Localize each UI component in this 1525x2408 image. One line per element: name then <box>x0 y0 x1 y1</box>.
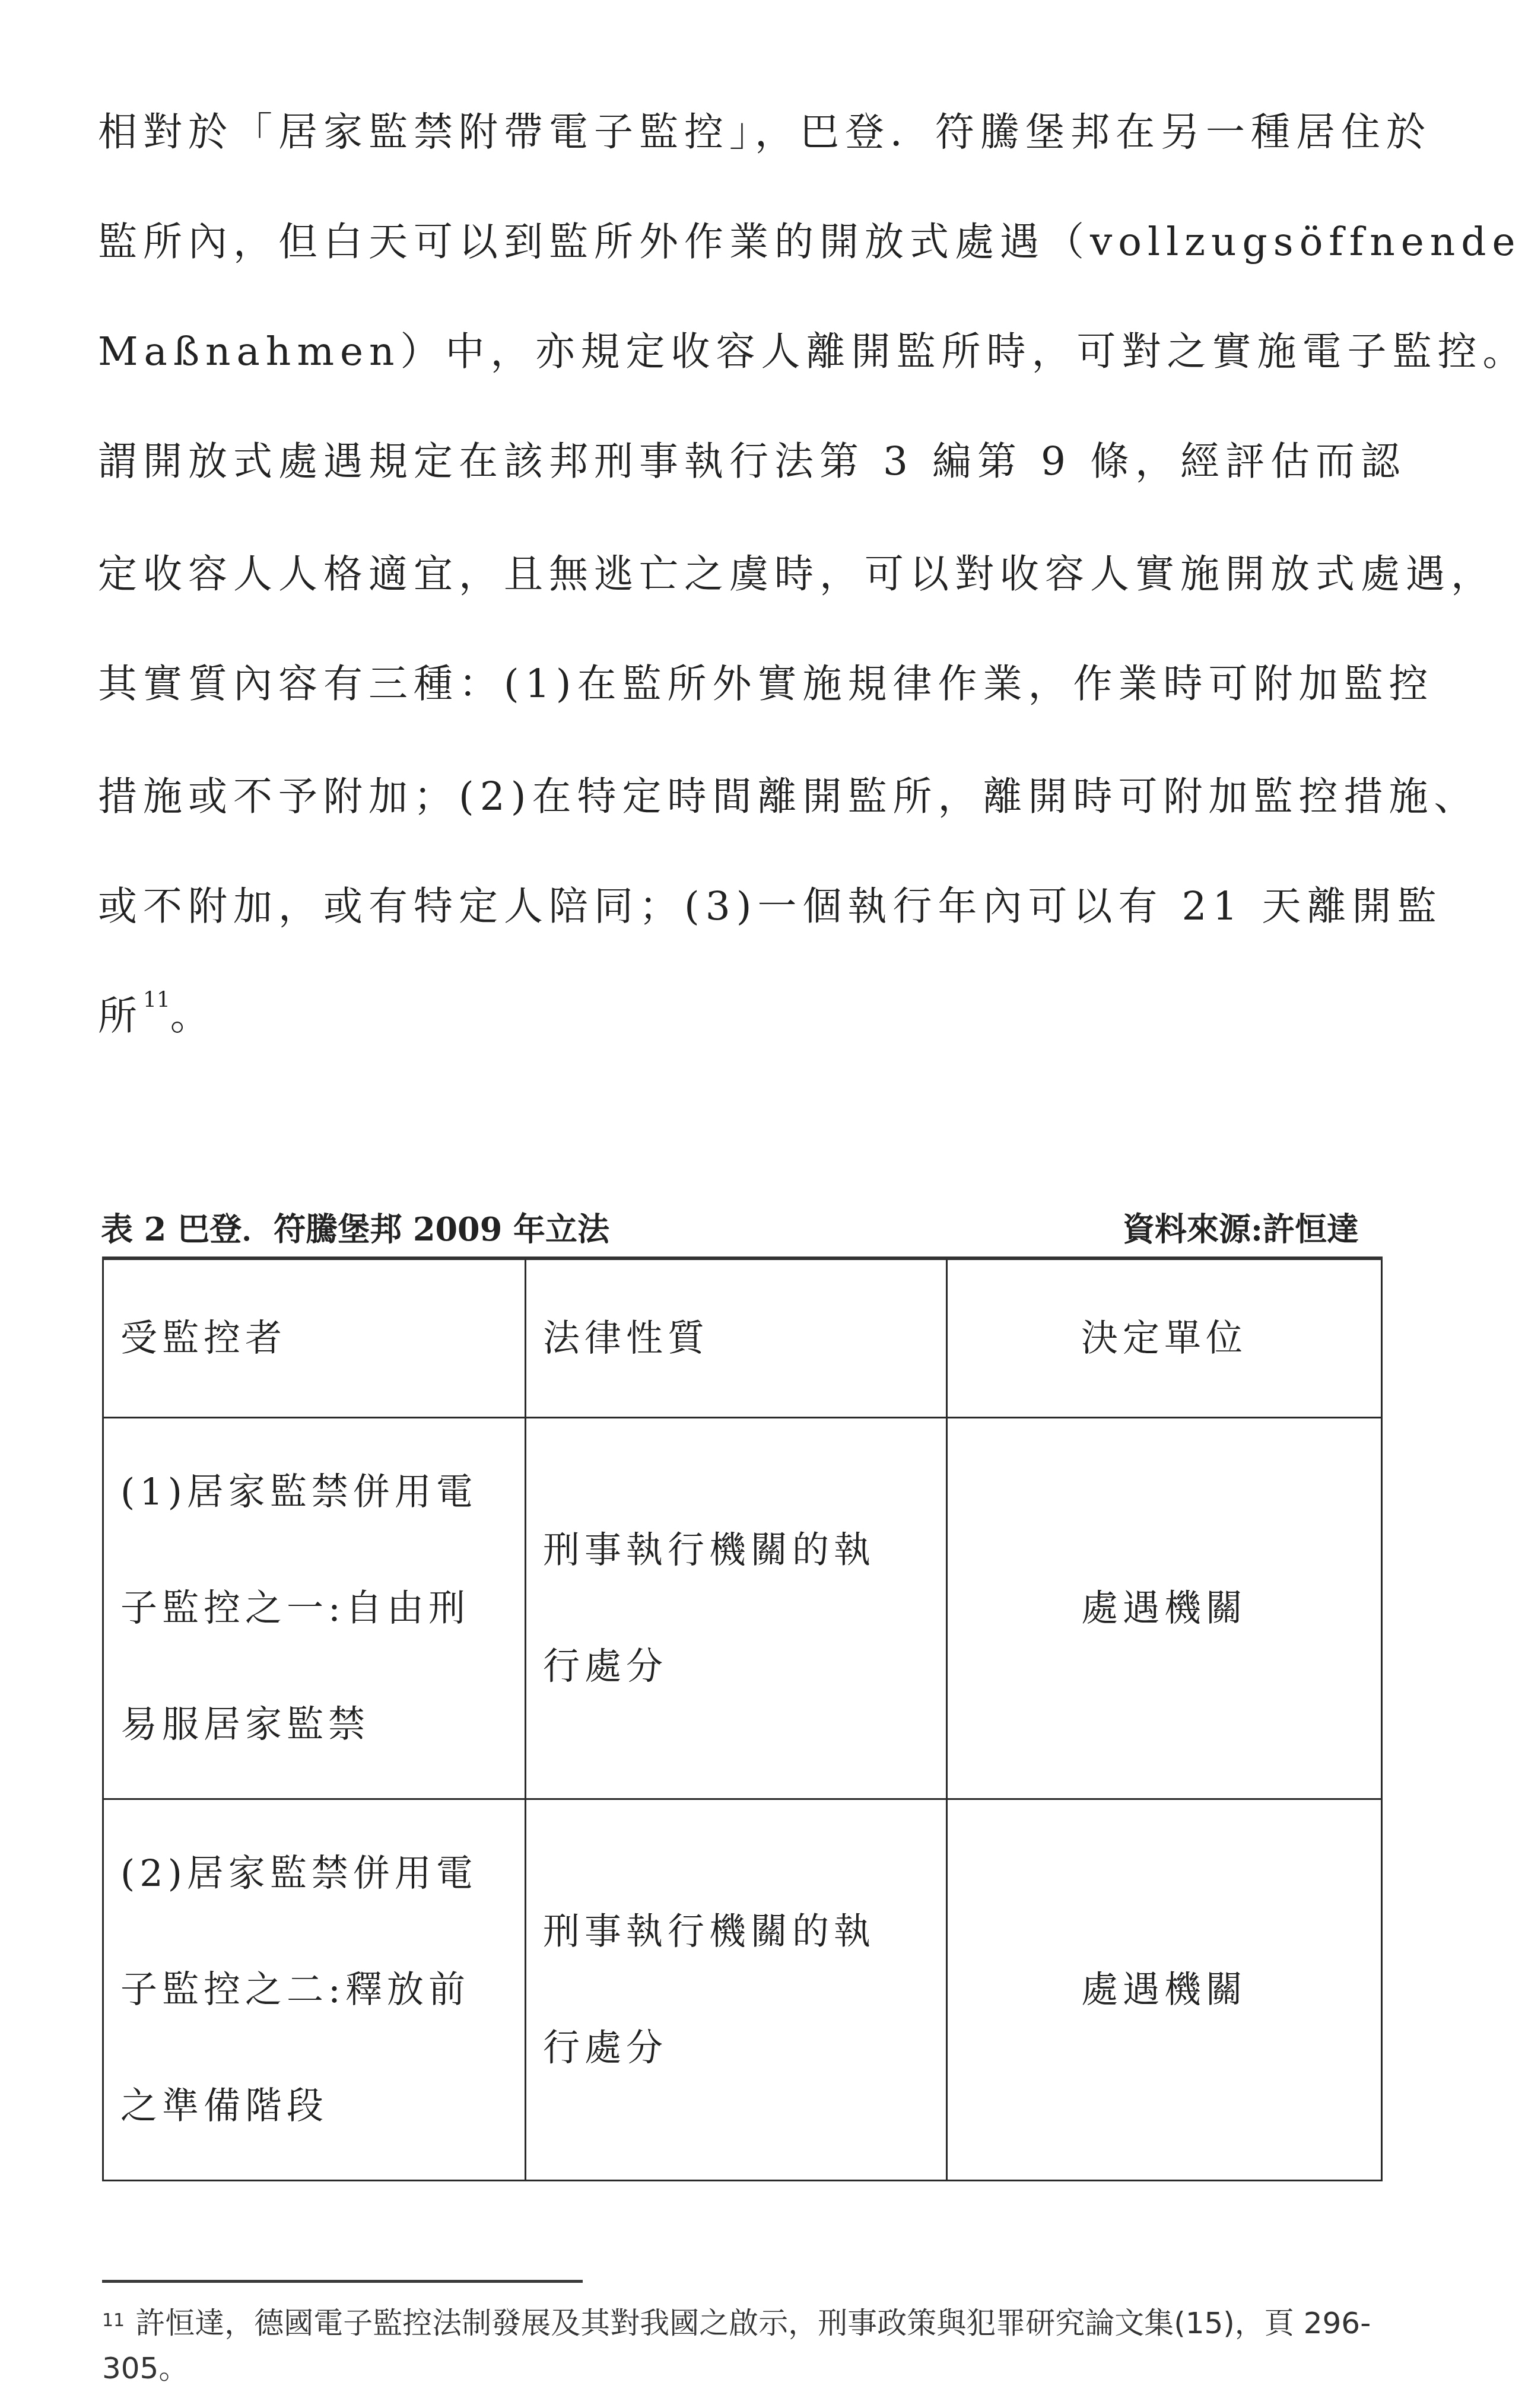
body-line: 相對於「居家監禁附帶電子監控」，巴登．符騰堡邦在另一種居住於 <box>98 113 1431 152</box>
table-header-row: 受監控者 法律性質 決定單位 <box>103 1258 1382 1418</box>
footnote-number: 11 <box>102 2310 125 2331</box>
footnote-reference[interactable]: 11 <box>143 988 170 1012</box>
body-line: 或不附加，或有特定人陪同；(3)一個執行年內可以有 21 天離開監 <box>98 887 1442 926</box>
footnote: 11許恒達，德國電子監控法制發展及其對我國之啟示，刑事政策與犯罪研究論文集(15… <box>102 2301 1437 2391</box>
cell-nature: 刑事執行機關的執 行處分 <box>526 1418 947 1799</box>
header-nature: 法律性質 <box>526 1258 947 1418</box>
table-caption-row: 表 2 巴登．符騰堡邦 2009 年立法 資料來源:許恒達 <box>101 1204 1359 1250</box>
cell-line: 行處分 <box>543 1608 929 1725</box>
table-caption: 表 2 巴登．符騰堡邦 2009 年立法 <box>101 1204 609 1250</box>
cell-line: 子監控之二:釋放前 <box>120 1932 508 2048</box>
cell-authority: 處遇機關 <box>947 1418 1382 1799</box>
cell-line: 刑事執行機關的執 <box>543 1492 929 1608</box>
body-line: 定收容人人格適宜，且無逃亡之虞時，可以對收容人實施開放式處遇， <box>98 555 1496 594</box>
body-line: Maßnahmen）中，亦規定收容人離開監所時，可對之實施電子監控。所 <box>98 332 1525 371</box>
cell-authority: 處遇機關 <box>947 1799 1382 2181</box>
cell-line: 易服居家監禁 <box>120 1666 508 1783</box>
body-line: 監所內，但白天可以到監所外作業的開放式處遇（vollzugsöffnende <box>98 222 1521 262</box>
legislation-table: 受監控者 法律性質 決定單位 (1)居家監禁併用電 子監控之一:自由刑 易服居家… <box>102 1257 1383 2181</box>
footnote-separator <box>102 2280 583 2283</box>
cell-subject: (1)居家監禁併用電 子監控之一:自由刑 易服居家監禁 <box>103 1418 526 1799</box>
header-authority: 決定單位 <box>947 1258 1382 1418</box>
cell-line: (1)居家監禁併用電 <box>120 1434 508 1550</box>
table-row: (2)居家監禁併用電 子監控之二:釋放前 之準備階段 刑事執行機關的執 行處分 … <box>103 1799 1382 2181</box>
cell-nature: 刑事執行機關的執 行處分 <box>526 1799 947 2181</box>
header-subject: 受監控者 <box>103 1258 526 1418</box>
body-line: 措施或不予附加；(2)在特定時間離開監所，離開時可附加監控措施、 <box>98 777 1479 816</box>
table-row: (1)居家監禁併用電 子監控之一:自由刑 易服居家監禁 刑事執行機關的執 行處分… <box>103 1418 1382 1799</box>
body-line: 其實質內容有三種：(1)在監所外實施規律作業，作業時可附加監控 <box>98 664 1434 704</box>
table-source: 資料來源:許恒達 <box>1123 1204 1359 1250</box>
cell-subject: (2)居家監禁併用電 子監控之二:釋放前 之準備階段 <box>103 1799 526 2181</box>
cell-line: 之準備階段 <box>120 2048 508 2164</box>
body-last-period: 。 <box>170 993 215 1039</box>
body-last-text: 所 <box>98 993 143 1039</box>
cell-line: 刑事執行機關的執 <box>543 1873 929 1990</box>
body-line: 謂開放式處遇規定在該邦刑事執行法第 3 編第 9 條，經評估而認 <box>98 442 1406 481</box>
cell-line: (2)居家監禁併用電 <box>120 1815 508 1932</box>
cell-line: 行處分 <box>543 1990 929 2106</box>
body-last-line: 所11。 <box>98 997 215 1036</box>
cell-line: 子監控之一:自由刑 <box>120 1550 508 1666</box>
footnote-text: 許恒達，德國電子監控法制發展及其對我國之啟示，刑事政策與犯罪研究論文集(15)，… <box>102 2306 1371 2385</box>
